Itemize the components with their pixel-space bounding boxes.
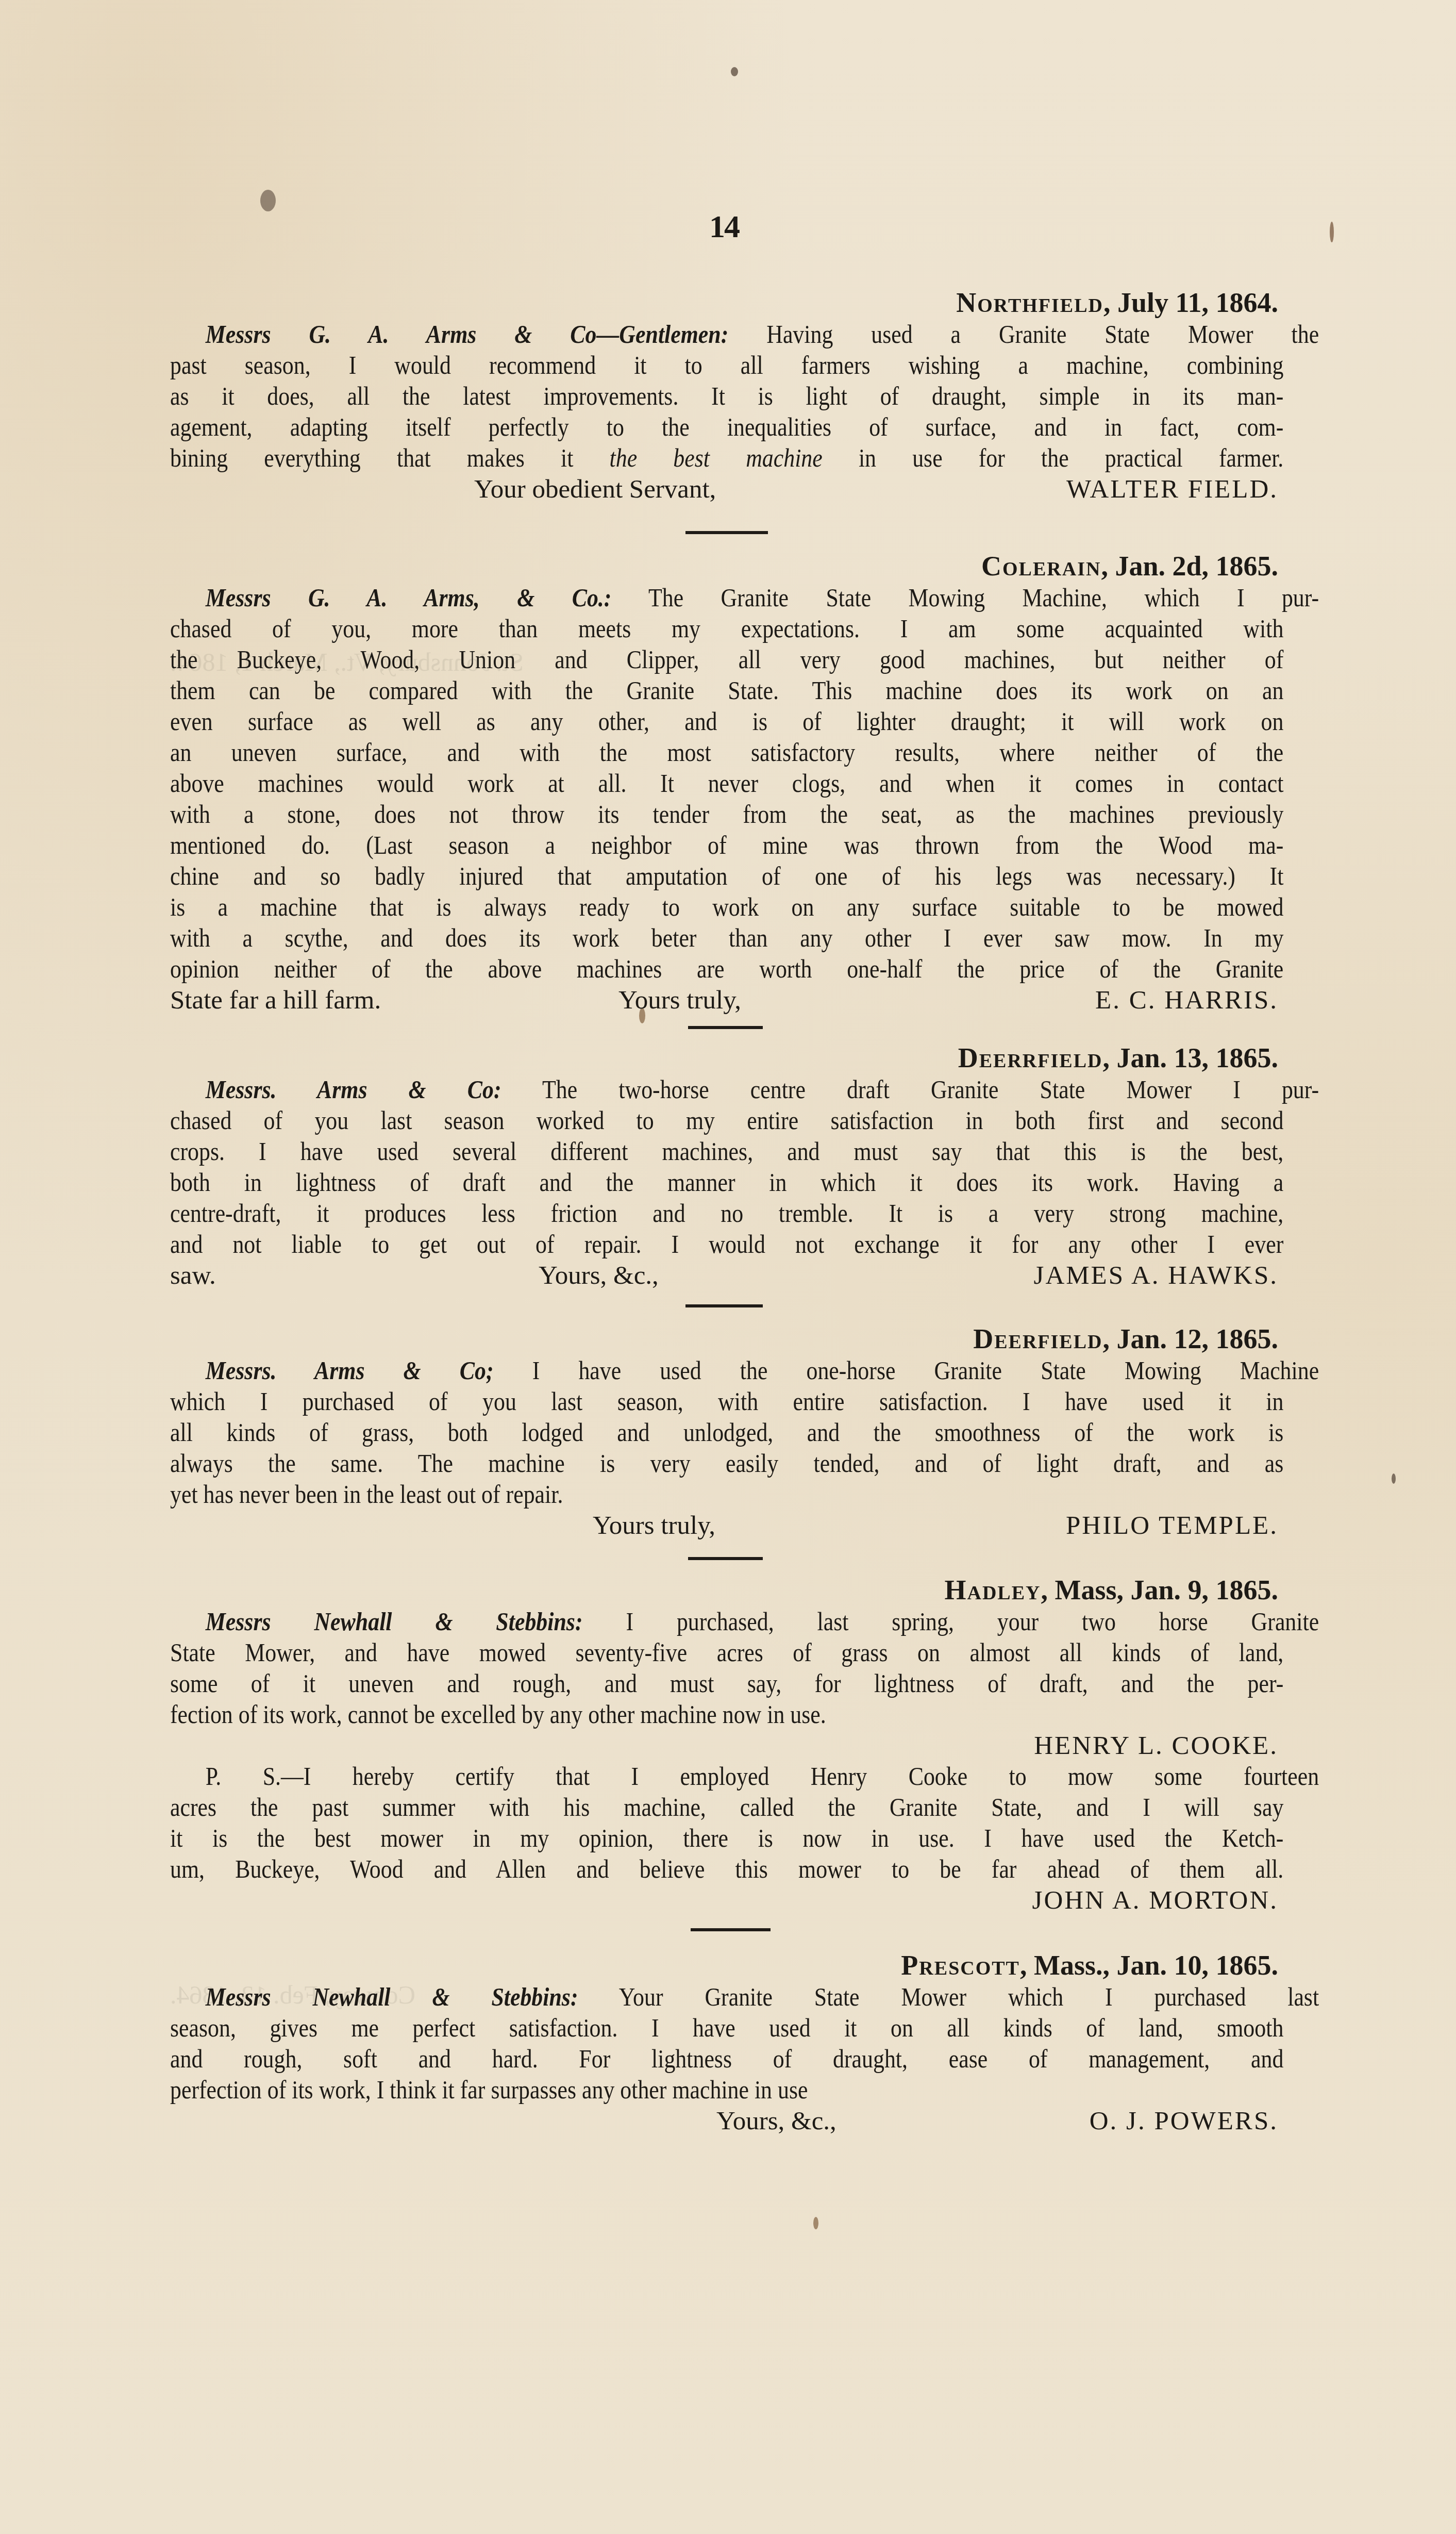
- place-name: Colerain: [981, 551, 1101, 582]
- section-divider: [685, 531, 768, 534]
- date: , Jan. 12, 1865.: [1102, 1323, 1278, 1354]
- signature: WALTER FIELD.: [1066, 474, 1278, 505]
- letter-line: and not liable to get out of repair. I w…: [170, 1229, 1283, 1260]
- closing: Your obedient Servant, WALTER FIELD.: [170, 474, 1283, 505]
- letter-line: some of it uneven and rough, and must sa…: [170, 1668, 1283, 1699]
- letter-line: always the same. The machine is very eas…: [170, 1448, 1283, 1479]
- letter-prescott: Prescott, Mass., Jan. 10, 1865. Messrs N…: [170, 1949, 1283, 2136]
- letter-line: chine and so badly injured that amputati…: [170, 861, 1283, 892]
- postscript-line: um, Buckeye, Wood and Allen and believe …: [170, 1854, 1283, 1885]
- signature: O. J. POWERS.: [1090, 2106, 1278, 2136]
- closing: saw. Yours, &c., JAMES A. HAWKS.: [170, 1260, 1283, 1291]
- sign-off: Yours, &c.,: [716, 2106, 836, 2136]
- dateline: Hadley, Mass, Jan. 9, 1865.: [170, 1574, 1283, 1606]
- dateline: Deerfield, Jan. 12, 1865.: [170, 1322, 1283, 1355]
- page-number: 14: [691, 209, 758, 245]
- letter-line: even surface as well as any other, and i…: [170, 706, 1283, 737]
- sign-off: Yours, &c.,: [539, 1260, 659, 1291]
- letter-line: centre-draft, it produces less friction …: [170, 1198, 1283, 1229]
- letter-colerain: Colerain, Jan. 2d, 1865. Messrs G. A. Ar…: [170, 550, 1283, 1016]
- letter-line: the Buckeye, Wood, Union and Clipper, al…: [170, 644, 1283, 675]
- dateline: Prescott, Mass., Jan. 10, 1865.: [170, 1949, 1283, 1982]
- letter-line: Messrs. Arms & Co: The two-horse centre …: [170, 1074, 1319, 1105]
- letter-line: is a machine that is always ready to wor…: [170, 892, 1283, 923]
- salutation: Messrs G. A. Arms & Co—Gentlemen:: [206, 320, 729, 349]
- section-divider: [688, 1557, 763, 1560]
- place-name: Prescott: [901, 1950, 1020, 1981]
- letter-line: Messrs. Arms & Co; I have used the one-h…: [170, 1355, 1319, 1386]
- dateline: Colerain, Jan. 2d, 1865.: [170, 550, 1283, 583]
- postscript-line: acres the past summer with his machine, …: [170, 1792, 1283, 1823]
- place-name: Northfield: [956, 287, 1103, 318]
- letter-line: State Mower, and have mowed seventy-five…: [170, 1637, 1283, 1668]
- closing-text: saw.: [170, 1260, 216, 1291]
- letter-line: opinion neither of the above machines ar…: [170, 954, 1283, 985]
- letter-line: as it does, all the latest improvements.…: [170, 381, 1283, 412]
- section-divider: [688, 1026, 763, 1029]
- letter-deerfield-jan-12: Deerfield, Jan. 12, 1865. Messrs. Arms &…: [170, 1322, 1283, 1541]
- signature: PHILO TEMPLE.: [1066, 1510, 1278, 1541]
- postscript-line: P. S.—I hereby certify that I employed H…: [170, 1761, 1319, 1792]
- place-name: Deerrfield: [958, 1042, 1103, 1073]
- letter-line: agement, adapting itself perfectly to th…: [170, 412, 1283, 443]
- letter-line: bining everything that makes it the best…: [170, 443, 1283, 474]
- letter-line: which I purchased of you last season, wi…: [170, 1386, 1283, 1417]
- letter-line: yet has never been in the least out of r…: [170, 1479, 1283, 1510]
- letter-hadley: Hadley, Mass, Jan. 9, 1865. Messrs Newha…: [170, 1574, 1283, 1916]
- letter-line: chased of you last season worked to my e…: [170, 1105, 1283, 1136]
- signature: E. C. HARRIS.: [1095, 985, 1278, 1016]
- document-page: 14 Northfield, July 11, 1864. Messrs G. …: [0, 0, 1456, 2534]
- signature: HENRY L. COOKE.: [1034, 1730, 1278, 1761]
- closing: State far a hill farm. Yours truly, E. C…: [170, 985, 1283, 1016]
- letter-line: both in lightness of draft and the manne…: [170, 1167, 1283, 1198]
- postscript-line: it is the best mower in my opinion, ther…: [170, 1823, 1283, 1854]
- letter-line: mentioned do. (Last season a neighbor of…: [170, 830, 1283, 861]
- letter-line: crops. I have used several different mac…: [170, 1136, 1283, 1167]
- letter-line: fection of its work, cannot be excelled …: [170, 1699, 1283, 1730]
- letter-line: perfection of its work, I think it far s…: [170, 2075, 1283, 2106]
- letter-line: Messrs G. A. Arms & Co—Gentlemen: Having…: [170, 319, 1319, 350]
- place-name: Hadley: [944, 1575, 1041, 1605]
- salutation: Messrs. Arms & Co:: [206, 1075, 501, 1104]
- place-name: Deerfield: [973, 1323, 1102, 1354]
- salutation: Messrs Newhall & Stebbins:: [206, 1983, 578, 2012]
- letter-line: an uneven surface, and with the most sat…: [170, 737, 1283, 768]
- date: , Mass, Jan. 9, 1865.: [1041, 1575, 1278, 1605]
- signature: JAMES A. HAWKS.: [1034, 1260, 1278, 1291]
- date: , Jan. 2d, 1865.: [1101, 551, 1278, 582]
- letter-line: them can be compared with the Granite St…: [170, 675, 1283, 706]
- closing: JOHN A. MORTON.: [170, 1885, 1283, 1916]
- letter-line: Messrs Newhall & Stebbins: I purchased, …: [170, 1606, 1319, 1637]
- salutation: Messrs Newhall & Stebbins:: [206, 1608, 583, 1636]
- date: , July 11, 1864.: [1103, 287, 1278, 318]
- emphasis-text: the best machine: [610, 444, 823, 473]
- closing: Yours truly, PHILO TEMPLE.: [170, 1510, 1283, 1541]
- letter-line: Messrs Newhall & Stebbins: Your Granite …: [170, 1982, 1319, 2013]
- letter-deerfield-jan-13: Deerrfield, Jan. 13, 1865. Messrs. Arms …: [170, 1041, 1283, 1291]
- letter-northfield: Northfield, July 11, 1864. Messrs G. A. …: [170, 286, 1283, 505]
- date: , Jan. 13, 1865.: [1102, 1042, 1278, 1073]
- salutation: Messrs. Arms & Co;: [206, 1356, 494, 1385]
- letter-line: and rough, soft and hard. For lightness …: [170, 2044, 1283, 2075]
- letter-line: with a stone, does not throw its tender …: [170, 799, 1283, 830]
- letter-line: past season, I would recommend it to all…: [170, 350, 1283, 381]
- letter-line: all kinds of grass, both lodged and unlo…: [170, 1417, 1283, 1448]
- letter-line: season, gives me perfect satisfaction. I…: [170, 2013, 1283, 2044]
- postscript-signature: JOHN A. MORTON.: [1032, 1885, 1278, 1916]
- letter-line: with a scythe, and does its work beter t…: [170, 923, 1283, 954]
- date: , Mass., Jan. 10, 1865.: [1020, 1950, 1278, 1981]
- dateline: Northfield, July 11, 1864.: [170, 286, 1283, 319]
- letter-line: Messrs G. A. Arms, & Co.: The Granite St…: [170, 583, 1319, 614]
- sign-off: Yours truly,: [618, 985, 741, 1016]
- closing: HENRY L. COOKE.: [170, 1730, 1283, 1761]
- letter-line: chased of you, more than meets my expect…: [170, 614, 1283, 644]
- letter-line: above machines would work at all. It nev…: [170, 768, 1283, 799]
- sign-off: Yours truly,: [593, 1510, 715, 1541]
- closing: Yours, &c., O. J. POWERS.: [170, 2106, 1283, 2136]
- sign-off: Your obedient Servant,: [474, 474, 716, 505]
- dateline: Deerrfield, Jan. 13, 1865.: [170, 1041, 1283, 1074]
- section-divider: [685, 1304, 763, 1307]
- salutation: Messrs G. A. Arms, & Co.:: [206, 584, 612, 612]
- closing-text: State far a hill farm.: [170, 985, 381, 1016]
- section-divider: [691, 1928, 771, 1931]
